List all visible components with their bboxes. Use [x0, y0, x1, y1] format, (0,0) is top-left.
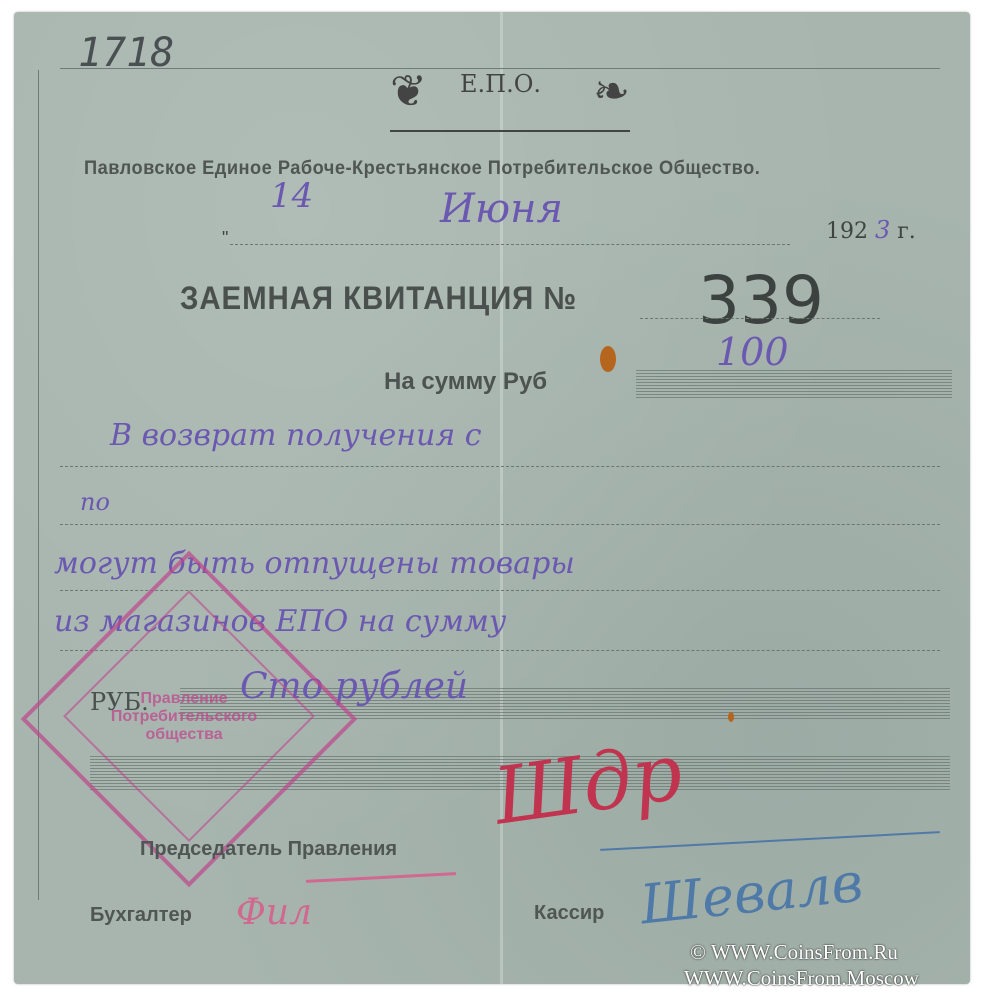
watermark-line-2: WWW.CoinsFrom.Moscow — [684, 966, 919, 991]
date-quote: " — [222, 228, 228, 249]
body-rule-1 — [60, 466, 940, 467]
stamp-text: Правление Потребительского общества — [104, 690, 264, 744]
organization-name: Павловское Единое Рабоче-Крестьянское По… — [84, 158, 760, 180]
stain — [600, 346, 616, 372]
epo-logo: ❦ Е.П.О. ❧ — [390, 62, 630, 134]
body-line-2: по — [80, 488, 110, 516]
sum-hatch — [636, 370, 952, 400]
chairman-label: Председатель Правления — [140, 838, 397, 861]
serial-number: 1718 — [78, 30, 174, 76]
body-line-3: могут быть отпущены товары — [54, 546, 575, 581]
swirl-left-icon: ❦ — [390, 66, 427, 117]
left-border — [38, 70, 39, 900]
sum-amount: 100 — [716, 330, 789, 374]
date-line — [230, 244, 790, 245]
date-year: 192 3 г. — [826, 216, 916, 244]
body-line-1: В возврат получения с — [110, 418, 482, 453]
year-handwritten: 3 — [875, 216, 890, 244]
stain-small — [728, 712, 734, 722]
body-rule-2 — [60, 524, 940, 525]
date-day: 14 — [270, 176, 313, 216]
swirl-right-icon: ❧ — [593, 66, 630, 117]
year-printed: 192 — [826, 219, 868, 244]
logo-text: Е.П.О. — [460, 70, 541, 98]
receipt-title: ЗАЕМНАЯ КВИТАНЦИЯ № — [180, 280, 577, 317]
year-suffix: г. — [897, 219, 916, 244]
watermark-line-1: © WWW.CoinsFrom.Ru — [690, 940, 898, 965]
logo-baseline — [390, 130, 630, 132]
cashier-label: Кассир — [534, 902, 604, 925]
receipt-number: 339 — [698, 262, 824, 339]
accountant-signature: Фил — [236, 892, 312, 933]
sum-label: На сумму Руб — [384, 368, 547, 396]
date-month: Июня — [440, 186, 563, 232]
number-line — [640, 318, 880, 319]
accountant-label: Бухгалтер — [90, 904, 192, 927]
